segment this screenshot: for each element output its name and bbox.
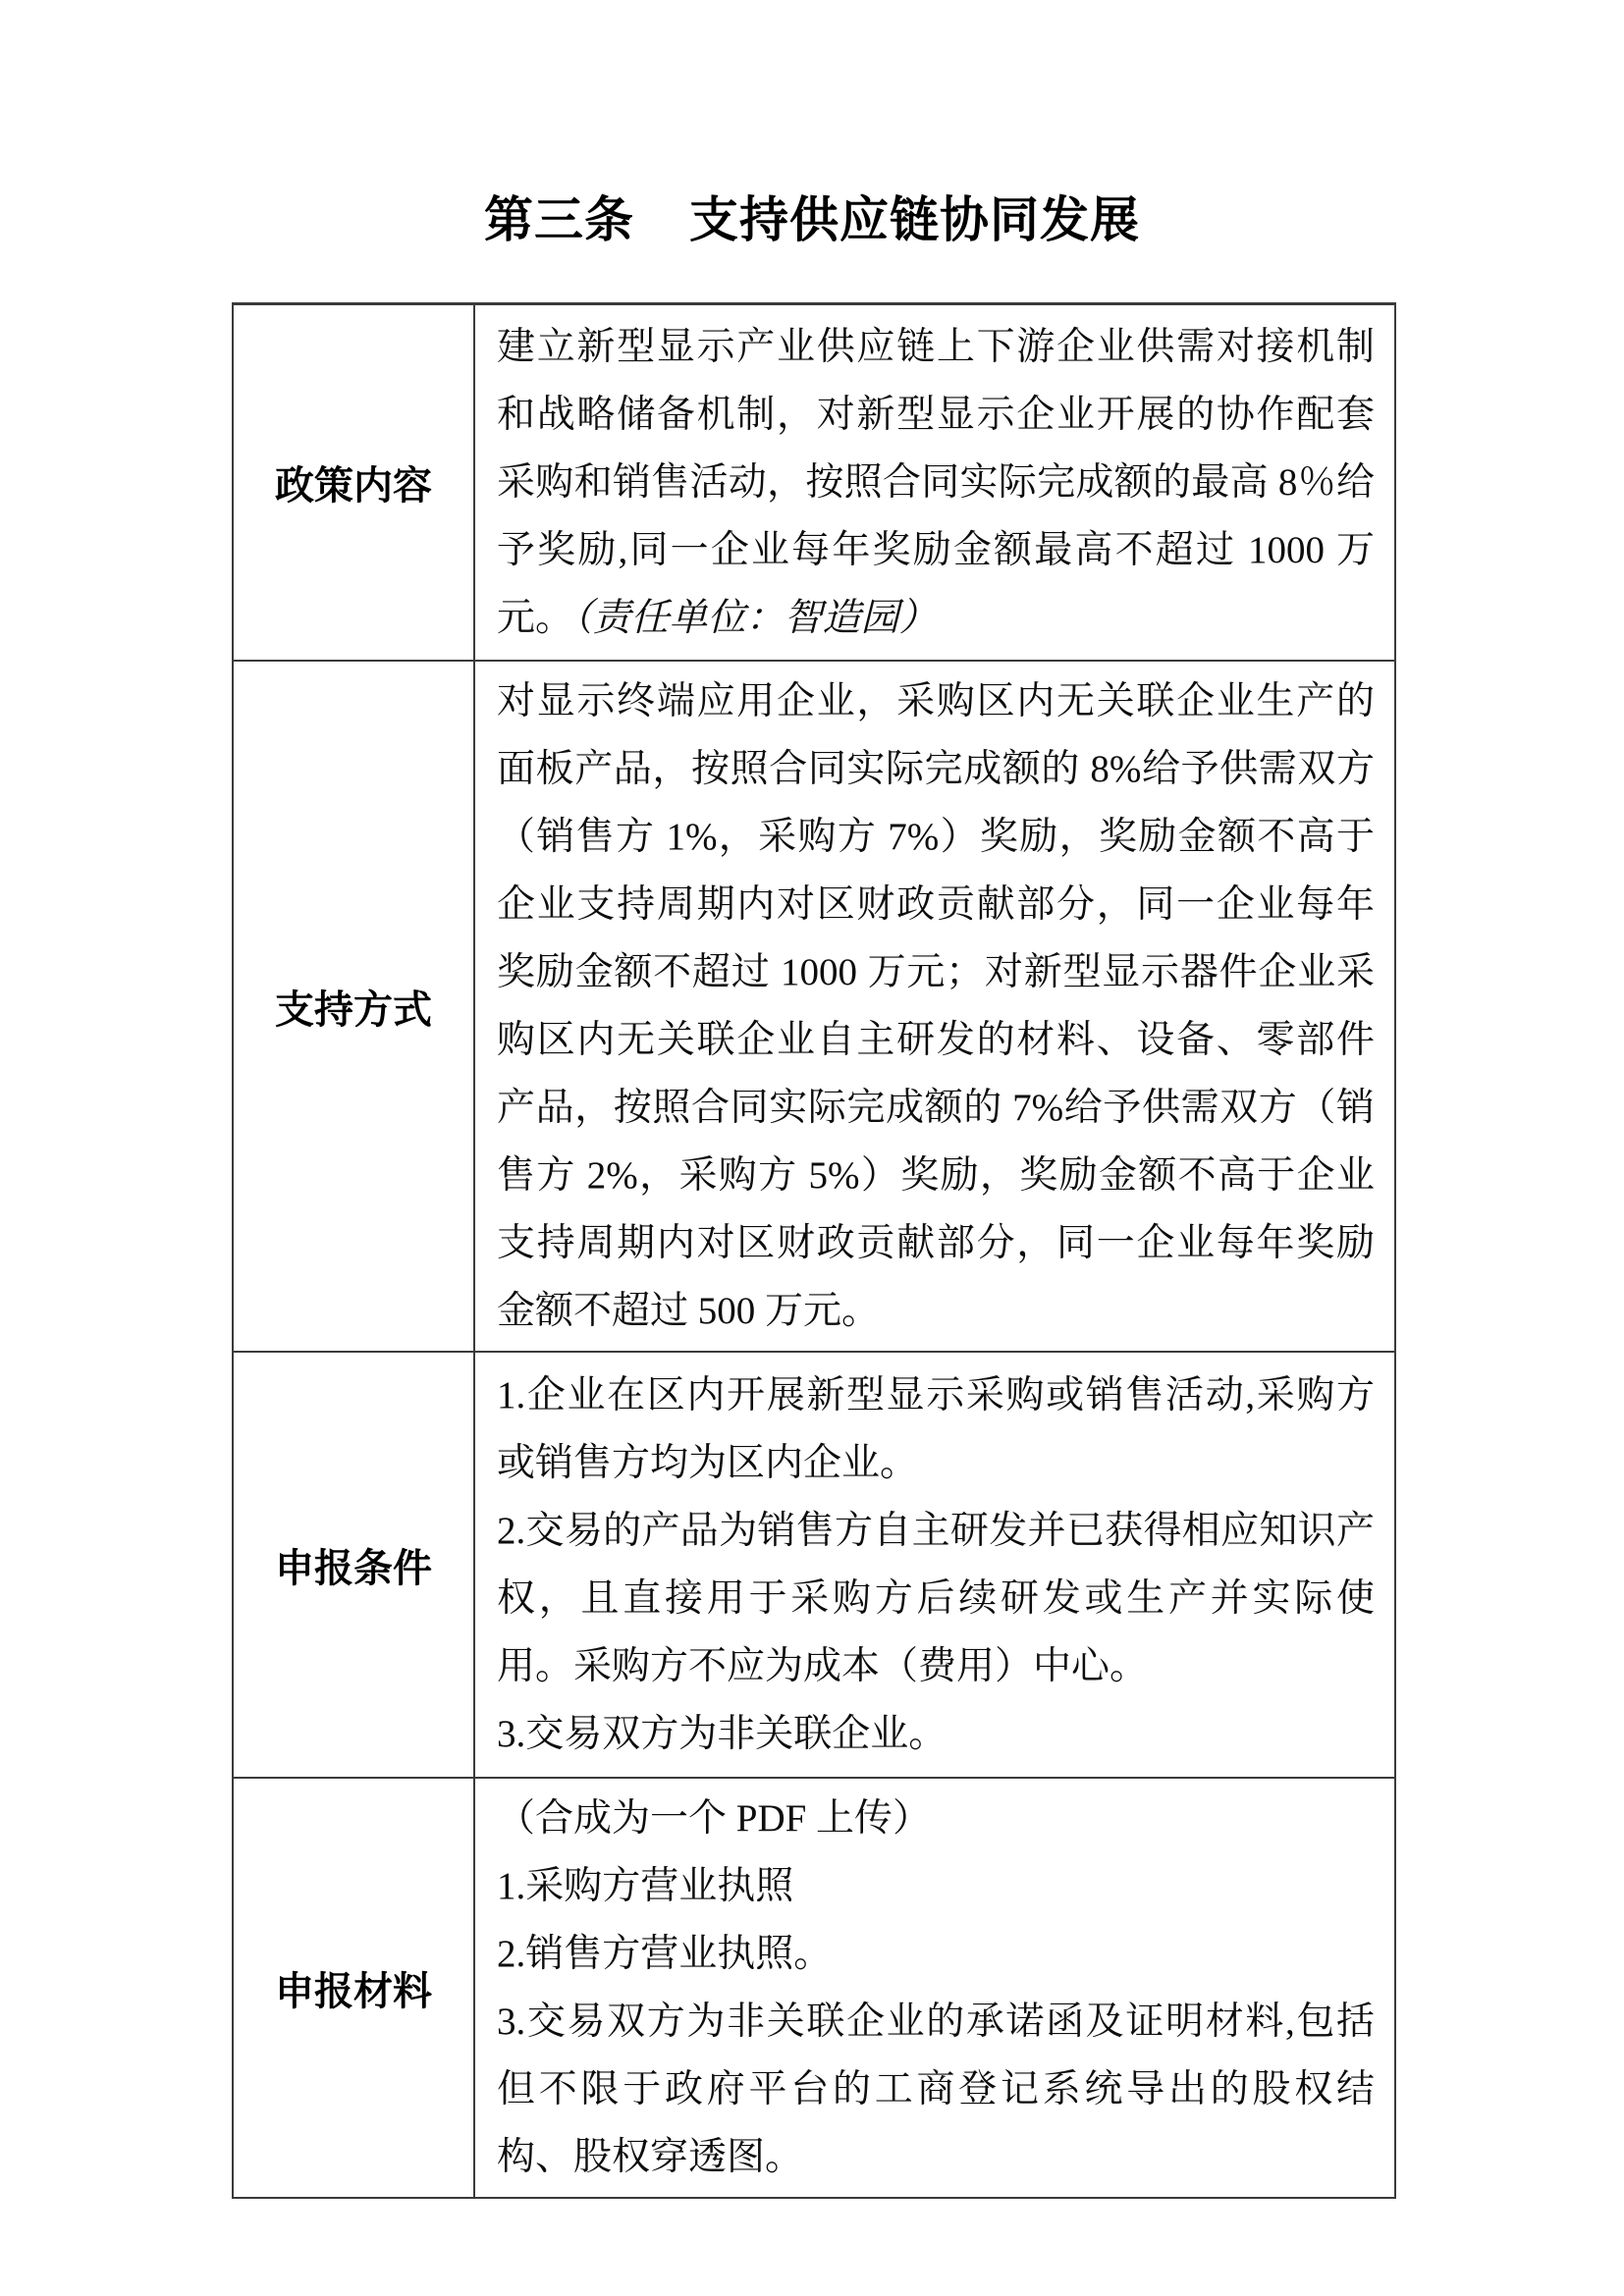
material-item-1: 1.采购方营业执照 — [497, 1852, 1375, 1920]
row-content-support-method: 对显示终端应用企业，采购区内无关联企业生产的面板产品，按照合同实际完成额的 8%… — [474, 661, 1395, 1352]
condition-item-2: 2.交易的产品为销售方自主研发并已获得相应知识产权，且直接用于采购方后续研发或生… — [497, 1497, 1375, 1700]
table-row-application-conditions: 申报条件 1.企业在区内开展新型显示采购或销售活动,采购方或销售方均为区内企业。… — [233, 1352, 1395, 1778]
paragraph: 对显示终端应用企业，采购区内无关联企业生产的面板产品，按照合同实际完成额的 8%… — [497, 667, 1375, 1345]
row-label-support-method: 支持方式 — [233, 661, 474, 1352]
title-clause-number: 第三条 — [484, 192, 634, 247]
table-row-policy-content: 政策内容 建立新型显示产业供应链上下游企业供需对接机制和战略储备机制，对新型显示… — [233, 304, 1395, 662]
policy-table: 政策内容 建立新型显示产业供应链上下游企业供需对接机制和战略储备机制，对新型显示… — [232, 302, 1396, 2199]
row-label-application-materials: 申报材料 — [233, 1778, 474, 2198]
table-row-support-method: 支持方式 对显示终端应用企业，采购区内无关联企业生产的面板产品，按照合同实际完成… — [233, 661, 1395, 1352]
page-title: 第三条支持供应链协同发展 — [0, 188, 1624, 251]
row-content-policy-content: 建立新型显示产业供应链上下游企业供需对接机制和战略储备机制，对新型显示企业开展的… — [474, 304, 1395, 662]
policy-content-text: 建立新型显示产业供应链上下游企业供需对接机制和战略储备机制，对新型显示企业开展的… — [497, 326, 1375, 639]
condition-item-3: 3.交易双方为非关联企业。 — [497, 1700, 1375, 1768]
condition-item-1: 1.企业在区内开展新型显示采购或销售活动,采购方或销售方均为区内企业。 — [497, 1362, 1375, 1497]
table-row-application-materials: 申报材料 （合成为一个 PDF 上传） 1.采购方营业执照 2.销售方营业执照。… — [233, 1778, 1395, 2198]
material-item-2: 2.销售方营业执照。 — [497, 1920, 1375, 1988]
responsible-unit-note: （责任单位：智造园） — [573, 597, 938, 639]
materials-upload-note: （合成为一个 PDF 上传） — [497, 1785, 1375, 1852]
row-content-application-conditions: 1.企业在区内开展新型显示采购或销售活动,采购方或销售方均为区内企业。 2.交易… — [474, 1352, 1395, 1778]
row-content-application-materials: （合成为一个 PDF 上传） 1.采购方营业执照 2.销售方营业执照。 3.交易… — [474, 1778, 1395, 2198]
paragraph: 建立新型显示产业供应链上下游企业供需对接机制和战略储备机制，对新型显示企业开展的… — [497, 313, 1375, 652]
material-item-3: 3.交易双方为非关联企业的承诺函及证明材料,包括但不限于政府平台的工商登记系统导… — [497, 1988, 1375, 2191]
document-page: 第三条支持供应链协同发展 政策内容 建立新型显示产业供应链上下游企业供需对接机制… — [0, 0, 1624, 2296]
row-label-application-conditions: 申报条件 — [233, 1352, 474, 1778]
row-label-policy-content: 政策内容 — [233, 304, 474, 662]
title-text: 支持供应链协同发展 — [689, 192, 1140, 247]
